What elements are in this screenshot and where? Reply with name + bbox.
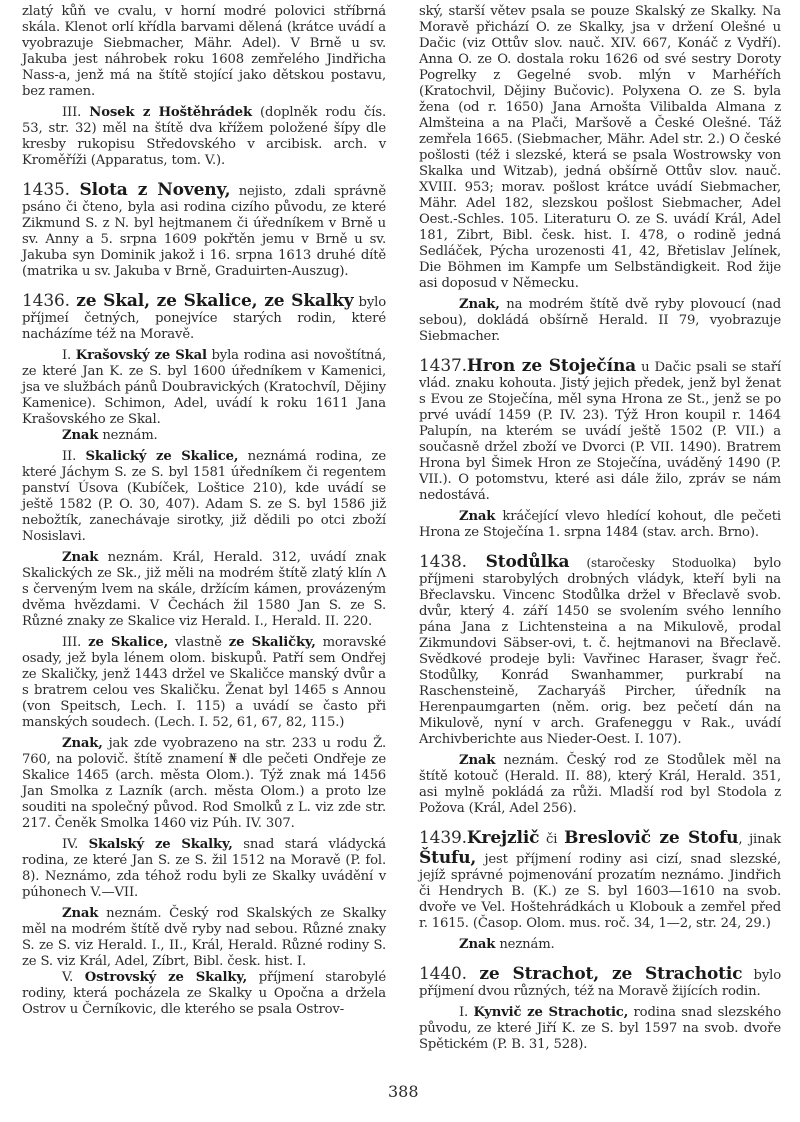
family-name: Skalický ze Skalice, xyxy=(85,449,238,464)
family-name: Ostrovský ze Skalky, xyxy=(85,970,247,985)
paragraph-continuation: zlatý kůň ve cvalu, v horní modré polovi… xyxy=(22,4,386,100)
entry-number: 1436. xyxy=(22,291,76,311)
family-name: Skalský ze Skalky, xyxy=(89,837,233,852)
coat-of-arms-note: Znak neznám. Král, Herald. 312, uvádí zn… xyxy=(22,550,386,630)
coat-of-arms-note: Znak, jak zde vyobrazeno na str. 233 u r… xyxy=(22,736,386,832)
family-name: ze Skalice, xyxy=(88,635,168,650)
entry-1438: 1438. Stodůlka (staročesky Stoduolka) by… xyxy=(419,552,781,748)
right-column: ský, starší větev psala se pouze Skalský… xyxy=(419,4,781,1053)
entry-number: 1437. xyxy=(419,356,467,376)
subentry-krasovsky: I. Krašovský ze Skal byla rodina asi nov… xyxy=(22,348,386,428)
coat-of-arms-note: Znak neznám. Český rod ze Stodůlek měl n… xyxy=(419,753,781,817)
family-name: Krašovský ze Skal xyxy=(76,348,207,363)
subentry-skalicky: II. Skalický ze Skalice, neznámá rodina,… xyxy=(22,449,386,545)
entry-1437: 1437.Hron ze Stoječína u Dačic psali se … xyxy=(419,356,781,504)
entry-title: Slota z Noveny, xyxy=(79,180,230,200)
family-name: Nosek z Hoštěhrádek xyxy=(89,105,252,120)
entry-title: Hron ze Stoječína xyxy=(467,356,636,376)
entry-title: ze Skal, ze Skalice, ze Skalky xyxy=(76,291,353,311)
entry-number: 1435. xyxy=(22,180,79,200)
left-column: zlatý kůň ve cvalu, v horní modré polovi… xyxy=(22,4,386,1018)
family-name: Kynvič ze Strachotic, xyxy=(473,1005,628,1020)
entry-1435: 1435. Slota z Noveny, nejisto, zdali spr… xyxy=(22,180,386,280)
entry-number: 1440. xyxy=(419,964,479,984)
page-number: 388 xyxy=(388,1082,419,1101)
entry-title: Krejzlič xyxy=(467,828,539,848)
entry-1439: 1439.Krejzlič či Breslovič ze Stofu, jin… xyxy=(419,828,781,932)
subentry-nosek: III. Nosek z Hoštěhrádek (doplněk rodu č… xyxy=(22,105,386,169)
coat-of-arms-note: Znak kráčející vlevo hledící kohout, dle… xyxy=(419,509,781,541)
entry-1440: 1440. ze Strachot, ze Strachotic bylo př… xyxy=(419,964,781,1000)
coat-of-arms-note: Znak neznám. Český rod Skalských ze Skal… xyxy=(22,906,386,970)
entry-title: Stodůlka xyxy=(486,552,570,572)
entry-title: Štufu, xyxy=(419,848,476,868)
entry-1436: 1436. ze Skal, ze Skalice, ze Skalky byl… xyxy=(22,291,386,343)
coat-of-arms-note: Znak, na modrém štítě dvě ryby plovoucí … xyxy=(419,297,781,345)
coat-of-arms-note: Znak neznám. xyxy=(22,428,386,444)
subentry-ostrovsky: V. Ostrovský ze Skalky, příjmení staroby… xyxy=(22,970,386,1018)
family-name: ze Skaličky, xyxy=(229,635,316,650)
subentry-kynvic: I. Kynvič ze Strachotic, rodina snad sle… xyxy=(419,1005,781,1053)
subentry-ze-skalice: III. ze Skalice, vlastně ze Skaličky, mo… xyxy=(22,635,386,731)
entry-number: 1439. xyxy=(419,828,467,848)
entry-title: ze Strachot, ze Strachotic xyxy=(479,964,742,984)
subentry-skalsky: IV. Skalský ze Skalky, snad stará vládyc… xyxy=(22,837,386,901)
entry-title: Breslovič ze Stofu xyxy=(564,828,738,848)
paragraph-continuation: ský, starší větev psala se pouze Skalský… xyxy=(419,4,781,292)
entry-number: 1438. xyxy=(419,552,486,572)
coat-of-arms-note: Znak neznám. xyxy=(419,937,781,953)
